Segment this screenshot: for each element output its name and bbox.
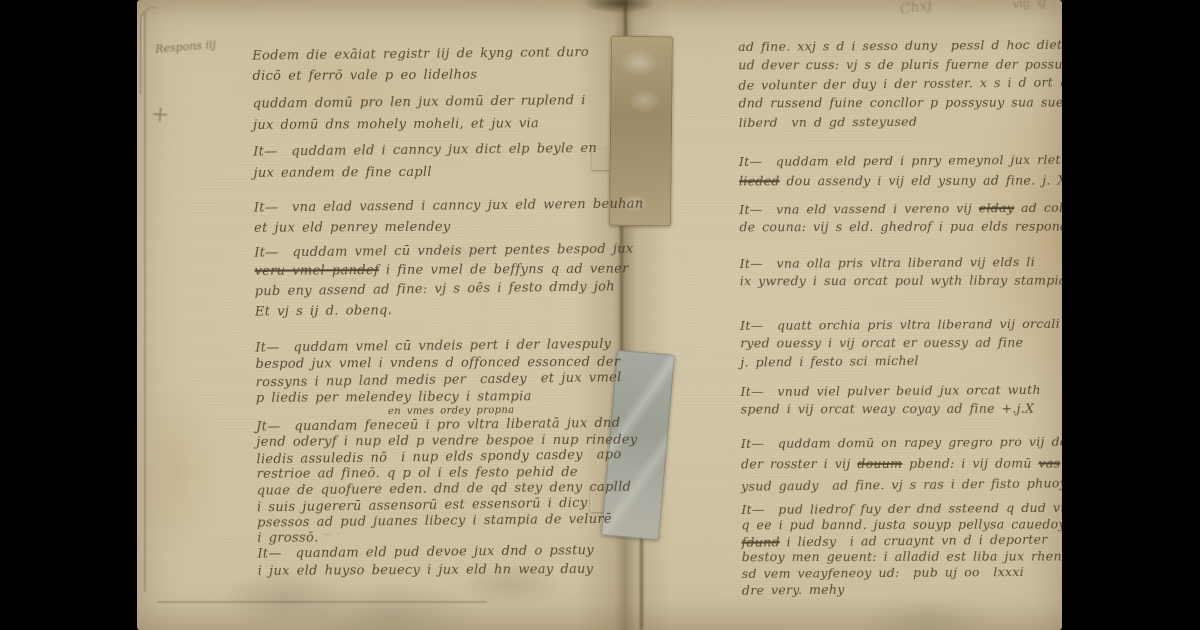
folio-number-mark: viij. xj	[1012, 0, 1046, 11]
manuscript-line: spend i vij orcat weay coyay ad fine +.j…	[741, 400, 1041, 419]
manuscript-line: It— quatt orchia pris vltra liberand vij…	[740, 315, 1060, 335]
manuscript-paragraph: ad fine. xxj s d i sesso duny pessl d ho…	[738, 34, 1062, 132]
manuscript-line: q ee i pud bannd. justa souyp pellysa ca…	[741, 516, 1062, 533]
manuscript-line: bestoy men geuent: i alladid est liba ju…	[742, 548, 1062, 565]
manuscript-line: It— vna eld vassend i vereno vij elday a…	[739, 199, 1062, 219]
letterboxed-stage: Respons iij + Eodem die exāiat registr i…	[0, 0, 1200, 630]
manuscript-line: It— vnud viel pulver beuid jux orcat wut…	[740, 381, 1040, 401]
manuscript-line: It— quddam domū on rapey gregro pro vij …	[741, 431, 1062, 454]
manuscript-line: j. plend i festo sci michel	[740, 350, 1060, 371]
manuscript-line: ysud gaudy ad fine. vj s ras i der fisto…	[741, 472, 1062, 497]
manuscript-paragraph: It— vna olla pris vltra liberand vij eld…	[740, 253, 1062, 291]
manuscript-line: de couna: vij s eld. ghedrof i pua elds …	[739, 217, 1062, 236]
manuscript-line: liberd vn d gd ssteyused	[739, 110, 1062, 132]
struck-out-word: lieded	[739, 173, 780, 188]
manuscript-paragraph: It— quatt orchia pris vltra liberand vij…	[740, 315, 1060, 371]
manuscript-paragraph: It— pud liedrof fuy der dnd ssteend q du…	[741, 499, 1062, 598]
struck-out-word: vas	[1038, 455, 1060, 470]
manuscript-line: ryed ouessy i vij orcat er ouessy ad fin…	[740, 333, 1060, 352]
manuscript-line: ix ywredy i sua orcat poul wyth libray s…	[740, 271, 1062, 290]
right-page-text: Chxj viij. xj ad fine. xxj s d i sesso d…	[137, 0, 1062, 630]
manuscript-line: It— vna olla pris vltra liberand vij eld…	[740, 253, 1062, 273]
manuscript-line: ud dever cuss: vj s de pluris fuerne der…	[738, 54, 1062, 74]
quire-mark: Chxj	[899, 0, 933, 18]
manuscript-line: It— quddam eld perd i pnry emeynol jux r…	[739, 150, 1062, 172]
manuscript-line: ad fine. xxj s d i sesso duny pessl d ho…	[738, 34, 1062, 56]
manuscript-line: dnd russend fuine concllor p possysuy su…	[738, 92, 1062, 112]
manuscript-line: It— pud liedrof fuy der dnd ssteend q du…	[741, 499, 1062, 518]
manuscript-line: dre very. mehy	[742, 579, 1062, 599]
manuscript-paragraph: It— vna eld vassend i vereno vij elday a…	[739, 199, 1062, 237]
manuscript-paragraph: It— quddam domū on rapey gregro pro vij …	[741, 431, 1062, 496]
struck-out-word: fdund	[742, 534, 780, 549]
manuscript-line: der rosster i vij douum pbend: i vij dom…	[741, 452, 1062, 474]
manuscript-line: lieded dou assendy i vij eld ysuny ad fi…	[739, 170, 1062, 191]
manuscript-paragraph: It— vnud viel pulver beuid jux orcat wut…	[740, 381, 1040, 419]
manuscript-paragraph: It— quddam eld perd i pnry emeynol jux r…	[739, 150, 1062, 192]
struck-out-word: douum	[857, 456, 902, 471]
manuscript-photo: Respons iij + Eodem die exāiat registr i…	[137, 0, 1062, 630]
manuscript-line: de volunter der duy i der rosster. x s i…	[738, 72, 1062, 95]
struck-out-word: elday	[979, 200, 1015, 215]
